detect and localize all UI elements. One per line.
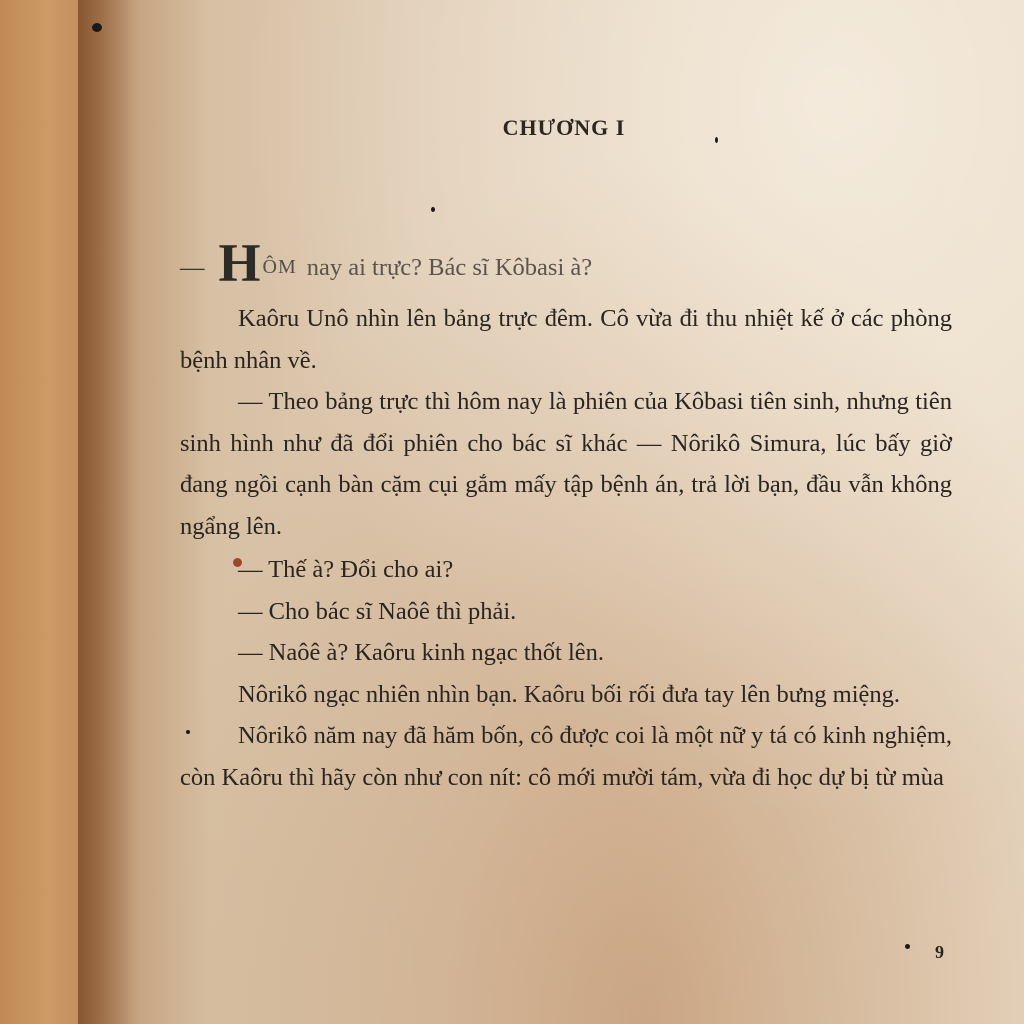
opening-line: — H ÔM nay ai trực? Bác sĩ Kôbasi à? <box>180 232 952 288</box>
page-number: 9 <box>935 942 944 963</box>
paragraph: Kaôru Unô nhìn lên bảng trực đêm. Cô vừa… <box>180 298 952 381</box>
body-text: — H ÔM nay ai trực? Bác sĩ Kôbasi à? Kaô… <box>180 232 952 798</box>
opening-line-text: nay ai trực? Bác sĩ Kôbasi à? <box>307 247 592 289</box>
small-caps: ÔM <box>263 247 297 289</box>
paragraph: — Naôê à? Kaôru kinh ngạc thốt lên. <box>180 632 952 674</box>
previous-page-edge <box>0 0 80 1024</box>
chapter-title: CHƯƠNG I <box>0 115 1024 141</box>
drop-cap: H <box>219 238 261 288</box>
gutter-shadow <box>78 0 138 1024</box>
dialogue-dash: — <box>180 247 205 289</box>
paragraph: Nôrikô năm nay đã hăm bốn, cô được coi l… <box>180 715 952 798</box>
ink-speck <box>431 207 435 212</box>
paragraph: — Theo bảng trực thì hôm nay là phiên củ… <box>180 381 952 547</box>
paragraph: — Cho bác sĩ Naôê thì phải. <box>180 591 952 633</box>
ink-speck <box>905 944 910 949</box>
paragraph: Nôrikô ngạc nhiên nhìn bạn. Kaôru bối rố… <box>180 674 952 716</box>
paragraph: — Thế à? Đổi cho ai? <box>180 549 952 591</box>
ink-speck <box>92 23 102 32</box>
